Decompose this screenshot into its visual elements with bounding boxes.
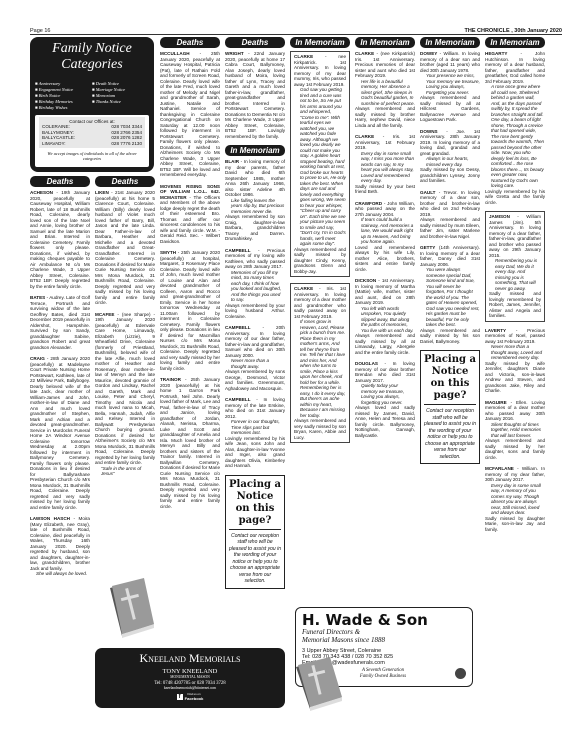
placing-notice-box: Placing a Notice on this page? Contact o…: [420, 350, 480, 464]
notice-entry: SMYTH - 25th January 2020 (peacefully) a…: [160, 250, 220, 371]
notice-entry: DICKSON - 1st Anniversary. In loving mem…: [355, 278, 415, 355]
notice-entry: CRAWFORD - John William, who passed away…: [355, 201, 415, 273]
kneeland-name: Kneeland Memorials: [95, 651, 285, 666]
contact-offices: Contact our Offices at: COLERAINE:028 70…: [35, 115, 149, 167]
deaths-heading: Deaths: [225, 37, 285, 48]
notice-entry: MAGUIRE - Ellen. Loving memories of a de…: [485, 400, 545, 461]
deaths-column-1: Deaths ACHESON - 19th January 2020, peac…: [30, 176, 90, 583]
notice-entry: ACHESON - 19th January 2020, peacefully …: [30, 190, 90, 289]
notice-entry: WRIGHT - 22nd January 2020, peacefully a…: [225, 51, 285, 139]
notice-entry: CAMPBELL - In loving memory of the late …: [225, 397, 285, 469]
notice-entry: GAULT - Trevor. In loving memory of a de…: [420, 190, 480, 240]
deaths-heading: Deaths: [30, 176, 90, 187]
notice-entry: HEGARTY - John Hutchinson. In loving mem…: [485, 51, 545, 205]
memoriam-column-7: In Memoriam DOWEY - William. In loving m…: [420, 37, 480, 464]
notice-entry: JAMISON - William James (Jim). 5th Anniv…: [485, 211, 545, 322]
notice-entry: BLAIR - In loving memory of my dear pare…: [225, 159, 285, 242]
notice-entry: DOWNS - Joe. 1st Anniversary. 28th Janua…: [420, 129, 480, 184]
memoriam-column-5: In Memoriam CLARKE - nee Kirkpatrick. 1s…: [290, 37, 350, 449]
memoriam-heading: In Memoriam: [355, 37, 415, 48]
categories-title: Family Notice Categories: [30, 41, 154, 73]
notice-entry: MCAFEE - (nee Sharpe) - 19th January 202…: [95, 312, 155, 477]
kneeland-memorials-ad: Kneeland Memorials TONY KNEELAND MONUMEN…: [95, 648, 285, 708]
notice-entry: LAWSON HASCH - Moira (Mary Elizabeth, ne…: [30, 516, 90, 577]
notice-entry: CLARKE - nee Kirkpatrick. 1st Anniversar…: [290, 51, 350, 277]
deaths-column-3: Deaths MCCULLAGH - 25th January 2020, pe…: [160, 37, 220, 515]
memoriam-heading: In Memoriam: [485, 37, 545, 48]
memoriam-heading: In Memoriam: [420, 37, 480, 48]
memoriam-heading: In Memoriam: [225, 145, 285, 156]
notice-entry: BATES - Audrey. Late of Golf Terrace, Po…: [30, 295, 90, 350]
deaths-heading: Deaths: [95, 176, 155, 187]
notice-entry: CLARKE - Iris. 1st Anniversary, 1st Febr…: [355, 134, 415, 195]
memoriam-column-6: In Memoriam CLARKE - (nee Kirkpatrick) I…: [355, 37, 415, 444]
facebook-icon: f: [177, 694, 183, 700]
wade-name: H. Wade & Son: [302, 612, 466, 628]
placing-notice-box: Placing a Notice on this page? Contact o…: [225, 475, 285, 589]
notice-entry: GETTY (14th Anniversary). In loving memo…: [420, 245, 480, 344]
notice-entry: CAMPBELL - 20th Anniversary. In loving m…: [225, 325, 285, 391]
deaths-heading: Deaths: [160, 37, 220, 48]
notice-entry: MOVENIS RISING SONS OF WILLIAM L.O.L. 64…: [160, 184, 220, 245]
notice-entry: DOUGLAS - In loving memory of our dear b…: [355, 361, 415, 438]
notice-entry: CRAIG - 28th January 2020 (peacefully) a…: [30, 356, 90, 510]
notice-entry: DOWEY - William. In loving memory of a d…: [420, 51, 480, 123]
notice-entry: MCFARLANE - William. In memory of my dea…: [485, 466, 545, 532]
deaths-memoriam-column-4: Deaths WRIGHT - 22nd January 2020, peace…: [225, 37, 285, 589]
contact-note: We accept images of individuals in all o…: [39, 151, 145, 161]
notice-entry: MCCULLAGH - 25th January 2020, peacefull…: [160, 51, 220, 178]
category-list: Anniversary Death Notice Engagement Noti…: [35, 81, 149, 111]
category-item: Birthday Wishes: [35, 105, 92, 111]
bible-icon: [102, 578, 157, 640]
category-item: Thanks Notice: [92, 99, 149, 105]
notice-entry: CAMPBELL - Precious memories of my lovin…: [225, 248, 285, 320]
memoriam-heading: In Memoriam: [290, 37, 350, 48]
notice-entry: LIKEN - 21st January 2020 (peacefully) a…: [95, 190, 155, 306]
notice-entry: LAVERTY - Precious memories of Noel, pas…: [485, 328, 545, 394]
facebook-link[interactable]: f Find us onFacebook: [95, 692, 285, 701]
notice-entry: CLARKE - (nee Kirkpatrick) Iris. 1st Ann…: [355, 51, 415, 128]
office-row: LIMAVADY:028 7776 2130: [42, 141, 142, 146]
categories-panel: Family Notice Categories Anniversary Dea…: [30, 37, 154, 172]
memoriam-column-8: In Memoriam HEGARTY - John Hutchinson. I…: [485, 37, 545, 538]
header-rule: [30, 34, 562, 35]
bible-icon: [292, 655, 347, 713]
notice-entry: TRAINOR - 25th January 2020 (peacefully)…: [160, 377, 220, 509]
notice-entry: CLARKE - Iris. 1st Anniversary. In lovin…: [290, 283, 350, 443]
seal-icon: [455, 668, 466, 679]
deaths-column-2: Deaths LIKEN - 21st January 2020 (peacef…: [95, 176, 155, 483]
